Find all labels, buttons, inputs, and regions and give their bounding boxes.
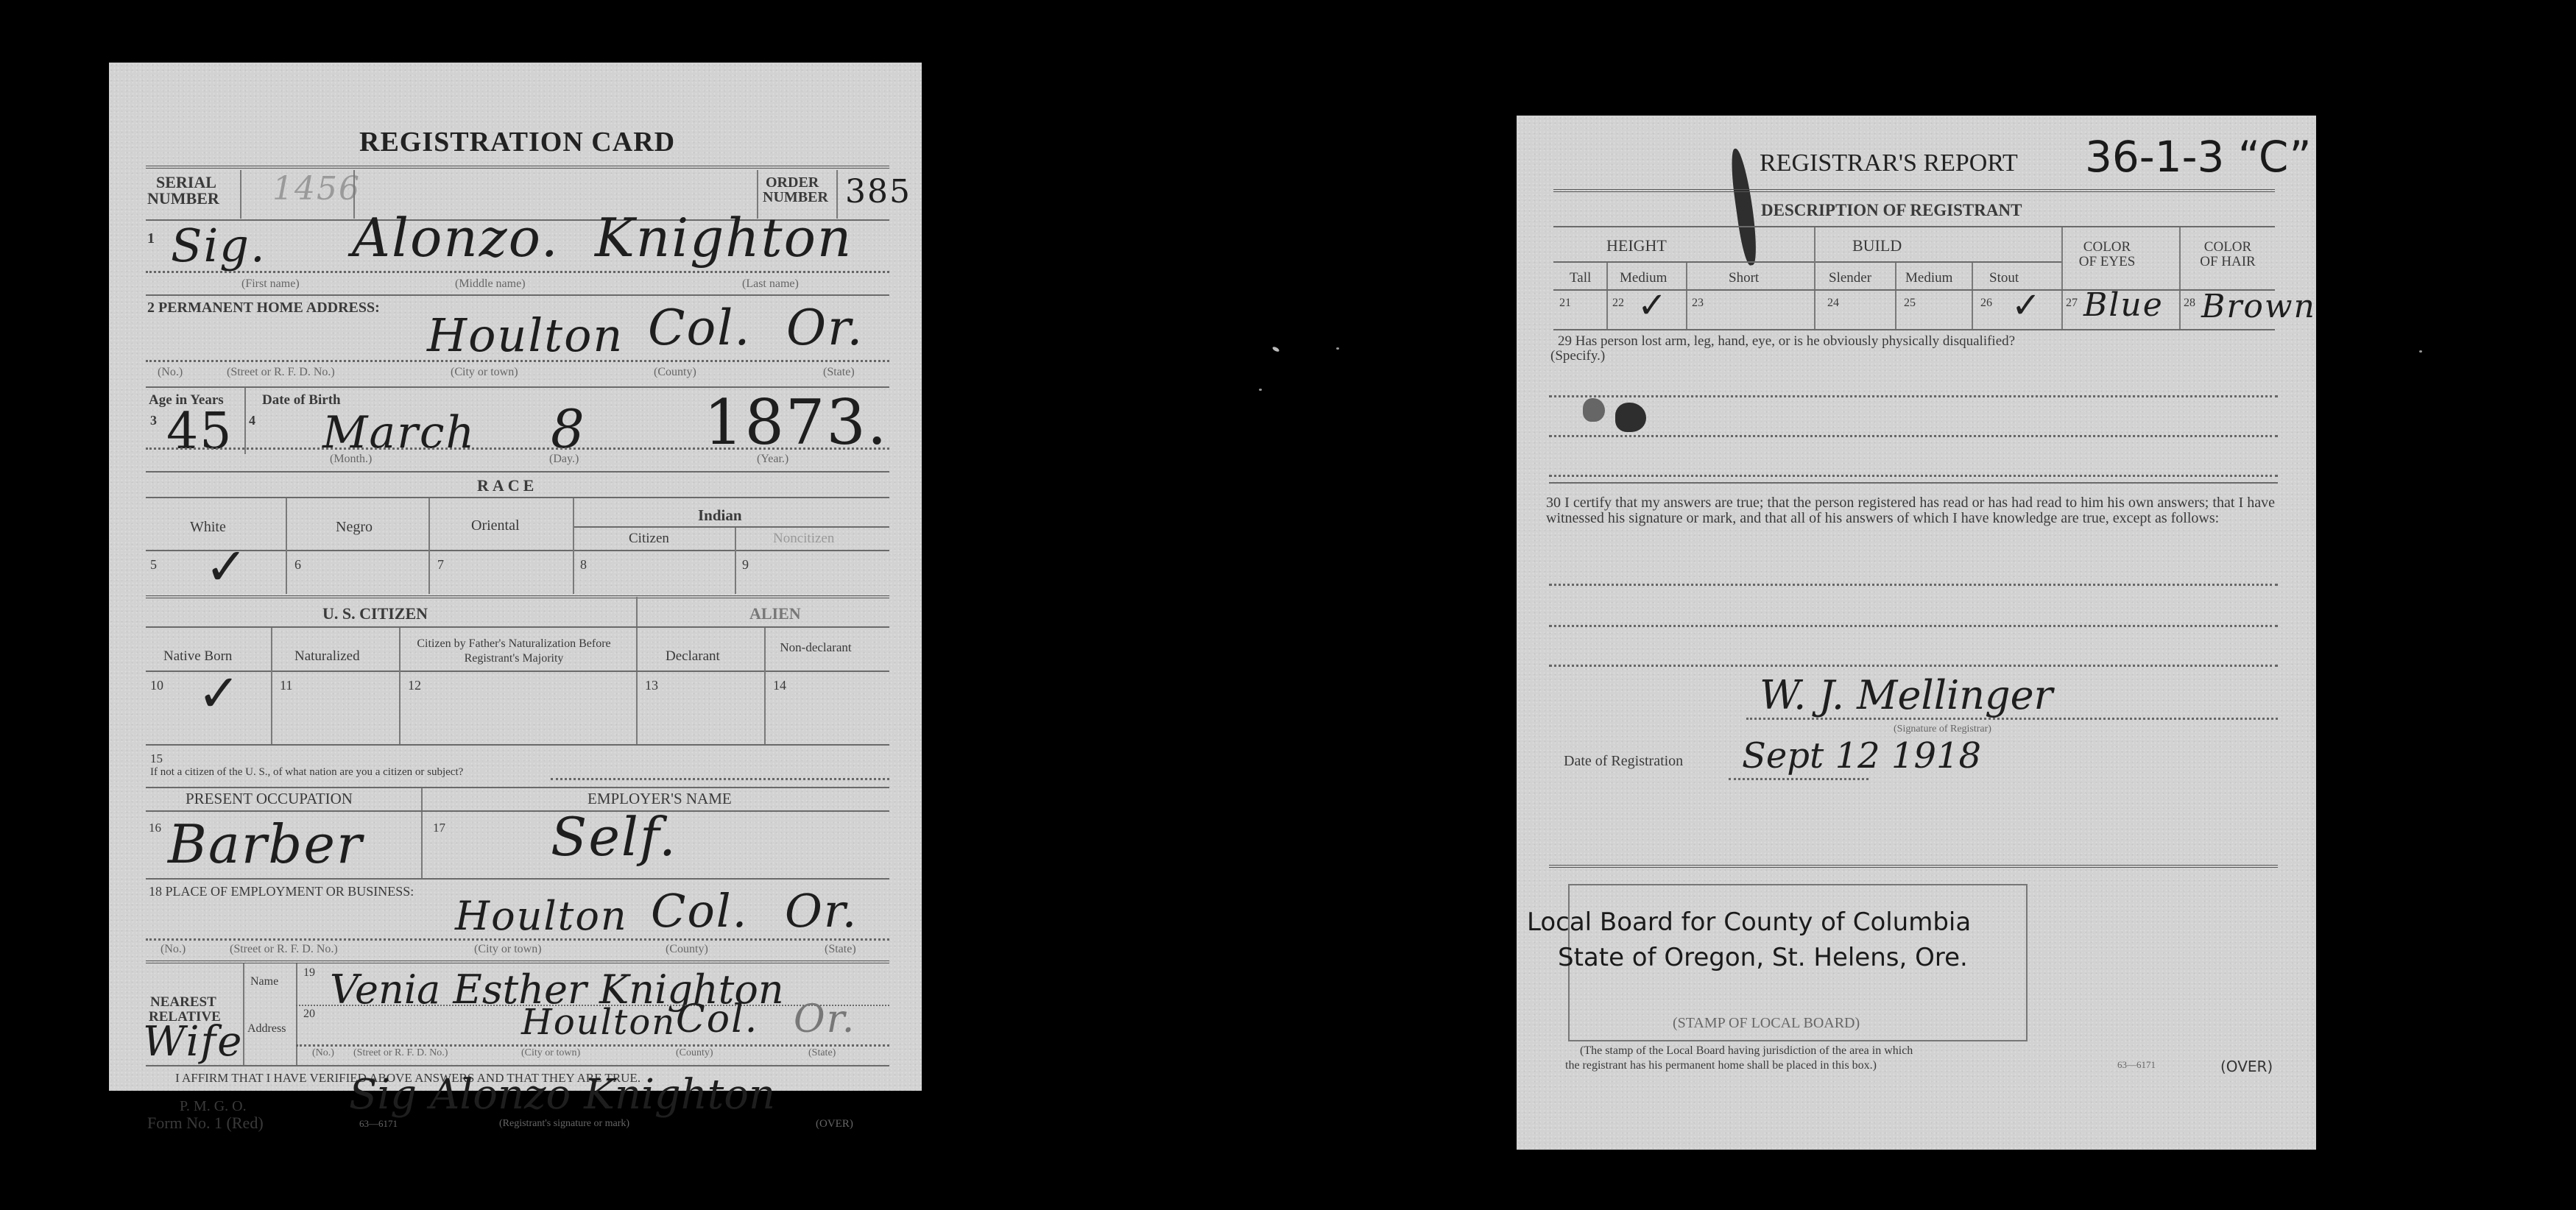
race-col-white: White [190,519,226,536]
height-col-tall: Tall [1570,270,1591,286]
form-id-2: Form No. 1 (Red) [147,1114,264,1133]
order-number-value: 385 [845,173,911,210]
hair-label-2: OF HAIR [2191,254,2265,270]
signature-caption: (Registrant's signature or mark) [499,1118,629,1130]
native-born-checkmark: ✓ [197,663,241,723]
address-caption-city: (City or town) [451,366,518,379]
dob-caption-year: (Year.) [757,453,788,466]
height-medium-checkmark: ✓ [1637,285,1667,326]
citizen-num-10: 10 [150,678,163,693]
address-caption-county: (County) [654,366,696,379]
employment-county: Col. [651,884,748,938]
right-over-label: (OVER) [2220,1058,2273,1075]
registrant-signature: Sig Alonzo Knighton [349,1071,775,1119]
height-col-medium: Medium [1620,270,1667,286]
name-last: Knighton [595,207,853,269]
us-citizen-title: U. S. CITIZEN [322,604,428,623]
eyes-label-1: COLOR [2070,239,2144,255]
nearest-relative-label-1: NEAREST [150,994,216,1011]
build-num-26: 26 [1980,297,1992,310]
alien-title: ALIEN [749,604,801,623]
stamp-line-2: State of Oregon, St. Helens, Ore. [1558,943,1968,972]
alien-col-nondeclarant: Non-declarant [779,640,853,656]
registrar-signature: W. J. Mellinger [1760,672,2053,718]
race-num-6: 6 [294,557,301,573]
race-num-9: 9 [742,557,749,573]
race-col-indian-citizen: Citizen [629,531,669,547]
left-over-label: (OVER) [816,1118,853,1131]
stamp-line-1: Local Board for County of Columbia [1527,907,1971,937]
height-title: HEIGHT [1606,236,1667,255]
relative-address-label: Address [247,1022,286,1036]
relative-relation: Wife [143,1018,243,1066]
build-col-stout: Stout [1989,270,2019,286]
registration-card: REGISTRATION CARD SERIAL NUMBER 1456 ORD… [109,63,922,1091]
address-caption-no: (No.) [158,366,183,379]
home-address-county: Col. [648,300,751,356]
q4-number: 4 [249,413,255,428]
dob-month: March [322,407,476,459]
race-num-7: 7 [437,557,444,573]
q28-number: 28 [2184,297,2195,310]
stamp-caption: (STAMP OF LOCAL BOARD) [1673,1015,1860,1032]
dob-caption-month: (Month.) [330,453,372,466]
date-of-registration-value: Sept 12 1918 [1742,735,1981,776]
dob-caption-day: (Day.) [549,453,579,466]
employment-caption-no: (No.) [160,943,186,956]
race-num-8: 8 [580,557,587,573]
title-rule [146,166,889,169]
race-indian-label: Indian [698,506,742,525]
employment-state: Or. [785,884,858,938]
middle-name-caption: (Middle name) [455,277,526,291]
date-of-registration-label: Date of Registration [1564,753,1683,770]
background-speck [1336,347,1339,350]
alien-col-declarant: Declarant [666,648,720,665]
q27-number: 27 [2066,297,2078,310]
occupation-value: Barber [168,813,363,875]
background-speck [1271,346,1280,353]
build-col-slender: Slender [1829,270,1871,286]
citizen-num-12: 12 [408,678,421,693]
q18-label: 18 PLACE OF EMPLOYMENT OR BUSINESS: [149,884,414,899]
race-white-checkmark: ✓ [205,537,248,597]
description-title: DESCRIPTION OF REGISTRANT [1761,201,2022,220]
age-value: 45 [166,403,233,461]
employment-caption-city: (City or town) [474,943,542,956]
q29-text: 29 Has person lost arm, leg, hand, eye, … [1558,333,2015,350]
race-col-indian-noncitizen: Noncitizen [773,531,834,547]
home-address-state: Or. [786,300,864,356]
q16-number: 16 [149,821,161,835]
relative-caption-city: (City or town) [521,1047,580,1059]
citizen-col-naturalized: Naturalized [294,648,360,665]
alien-num-14: 14 [773,678,786,693]
order-number-label-2: NUMBER [763,189,828,206]
serial-number-label-2: NUMBER [147,189,219,208]
height-col-short: Short [1729,270,1759,286]
q17-number: 17 [433,821,445,835]
name-first: Sig. [171,219,267,272]
q19-number: 19 [303,966,315,980]
q15-number: 15 [150,751,163,766]
background-speck [1259,389,1262,391]
first-name-caption: (First name) [241,277,300,291]
hair-label-1: COLOR [2191,239,2265,255]
relative-caption-county: (County) [676,1047,713,1059]
employment-caption-street: (Street or R. F. D. No.) [230,943,338,956]
stamp-note-2: the registrant has his permanent home sh… [1565,1059,1877,1072]
q30-text: 30 I certify that my answers are true; t… [1546,495,2275,526]
build-stout-checkmark: ✓ [2011,285,2041,326]
registrar-report-card: REGISTRAR'S REPORT 36-1-3 “C” DESCRIPTIO… [1517,116,2316,1150]
relative-caption-state: (State) [808,1047,836,1059]
last-name-caption: (Last name) [742,277,799,291]
occupation-label: PRESENT OCCUPATION [186,790,353,808]
report-title: REGISTRAR'S REPORT [1760,149,2018,177]
eye-color-value: Blue [2083,286,2164,324]
employer-value: Self. [551,806,677,868]
race-col-oriental: Oriental [471,517,520,534]
form-id-1: P. M. G. O. [180,1098,247,1115]
employment-caption-state: (State) [825,943,856,956]
citizen-num-11: 11 [280,678,292,693]
relative-name-label: Name [250,975,278,988]
name-middle: Alonzo. [352,207,560,269]
build-col-medium: Medium [1905,270,1952,286]
ink-blot-top [1728,147,1760,266]
relative-caption-street: (Street or R. F. D. No.) [353,1047,448,1059]
build-num-25: 25 [1904,297,1916,310]
q29-specify: (Specify.) [1550,348,1605,364]
relative-address-city: Houlton [521,1002,676,1043]
relative-address-state: Or. [794,997,855,1041]
ink-blot-left [1583,398,1605,422]
right-print-code: 63—6171 [2117,1059,2156,1071]
citizen-col-native-born: Native Born [163,648,232,665]
citizen-col-fathers-naturalization: Citizen by Father's Naturalization Befor… [403,637,624,666]
height-num-23: 23 [1692,297,1704,310]
address-caption-state: (State) [823,366,855,379]
relative-address-county: Col. [676,997,758,1041]
q20-number: 20 [303,1008,315,1021]
race-title: RACE [477,476,537,495]
height-num-22: 22 [1612,297,1624,310]
employment-city: Houlton [455,893,628,939]
q1-number: 1 [147,230,155,247]
employment-caption-county: (County) [666,943,708,956]
build-num-24: 24 [1827,297,1839,310]
height-num-21: 21 [1559,297,1571,310]
card-title: REGISTRATION CARD [359,126,675,158]
background-speck [2419,350,2422,353]
serial-number-value: 1456 [272,170,361,208]
left-print-code: 63—6171 [359,1118,398,1130]
alien-num-13: 13 [645,678,658,693]
home-address-label: 2 PERMANENT HOME ADDRESS: [147,300,380,316]
registrar-signature-caption: (Signature of Registrar) [1894,723,1991,735]
home-address-city: Houlton [427,308,624,362]
relative-caption-no: (No.) [312,1047,334,1059]
eyes-label-2: OF EYES [2070,254,2144,270]
file-code: 36-1-3 “C” [2085,132,2312,182]
dob-label: Date of Birth [262,392,341,408]
dob-day: 8 [551,398,586,460]
ink-blot-right [1615,403,1646,432]
race-col-negro: Negro [336,519,373,536]
q3-number: 3 [150,413,157,428]
address-caption-street: (Street or R. F. D. No.) [227,366,335,379]
q15-label: If not a citizen of the U. S., of what n… [150,766,463,779]
stamp-note-1: (The stamp of the Local Board having jur… [1580,1044,1913,1058]
build-title: BUILD [1852,236,1902,255]
hair-color-value: Brown [2201,288,2316,325]
race-num-5: 5 [150,557,157,573]
